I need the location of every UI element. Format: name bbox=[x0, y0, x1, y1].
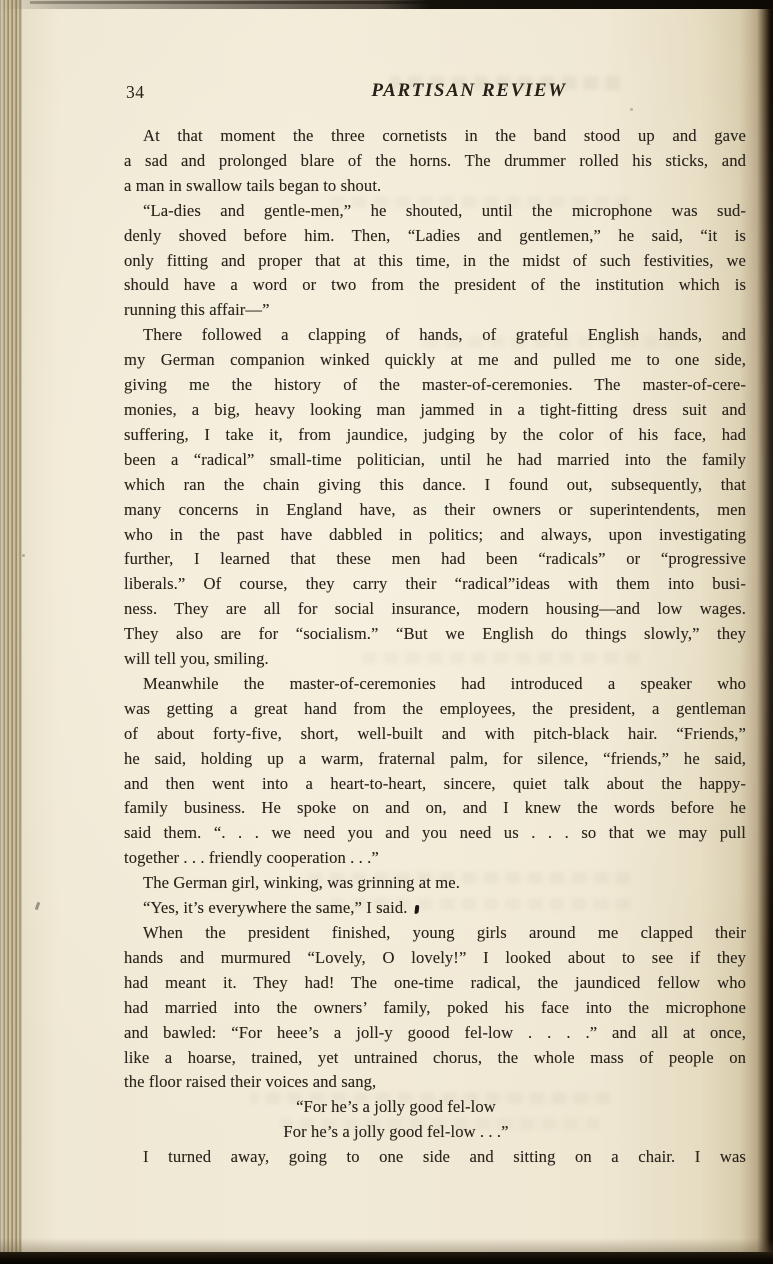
text-line: hands and murmured “Lovely, O lovely!” I… bbox=[124, 946, 746, 971]
page-bottom-shadow bbox=[0, 1238, 773, 1252]
ink-mark bbox=[414, 905, 419, 914]
text-line: liberals.” Of course, they carry their “… bbox=[124, 572, 746, 597]
text-line: he said, holding up a warm, fraternal pa… bbox=[124, 747, 746, 772]
text-line: I turned away, going to one side and sit… bbox=[124, 1145, 746, 1170]
text-line: and then went into a heart-to-heart, sin… bbox=[124, 772, 746, 797]
text-line: Meanwhile the master-of-ceremonies had i… bbox=[124, 672, 746, 697]
text-line: a sad and prolonged blare of the horns. … bbox=[124, 149, 746, 174]
paragraph: At that moment the three cornetists in t… bbox=[124, 124, 746, 199]
page-edge-left bbox=[0, 0, 22, 1264]
text-line: When the president finished, young girls… bbox=[124, 921, 746, 946]
journal-title: PARTISAN REVIEW bbox=[158, 80, 773, 102]
paragraph: The German girl, winking, was grinning a… bbox=[124, 871, 746, 896]
paragraph: I turned away, going to one side and sit… bbox=[124, 1145, 746, 1170]
text-line: denly shoved before him. Then, “Ladies a… bbox=[124, 224, 746, 249]
text-line: They also are for “socialism.” “But we E… bbox=[124, 622, 746, 647]
text-line: only fitting and proper that at this tim… bbox=[124, 249, 746, 274]
text-line: “Yes, it’s everywhere the same,” I said. bbox=[124, 896, 746, 921]
scanned-book-page: 34 PARTISAN REVIEW At that moment the th… bbox=[0, 0, 773, 1264]
text-line: should have a word or two from the presi… bbox=[124, 273, 746, 298]
text-line: running this affair—” bbox=[124, 298, 746, 323]
book-cover-top bbox=[0, 0, 773, 9]
text-line: and bawled: “For heee’s a joll-y goood f… bbox=[124, 1021, 746, 1046]
text-line: family business. He spoke on and on, and… bbox=[124, 796, 746, 821]
paragraph: “Yes, it’s everywhere the same,” I said. bbox=[124, 896, 746, 921]
text-line: There followed a clapping of hands, of g… bbox=[124, 323, 746, 348]
page-number: 34 bbox=[126, 82, 145, 103]
dust-speck bbox=[22, 554, 25, 557]
book-cover-bottom bbox=[0, 1252, 773, 1264]
text-line: together . . . friendly cooperation . . … bbox=[124, 846, 746, 871]
text-line: “For he’s a jolly good fel-low bbox=[124, 1095, 746, 1120]
page-body: At that moment the three cornetists in t… bbox=[124, 124, 746, 1170]
verse-paragraph: “For he’s a jolly good fel-lowFor he’s a… bbox=[124, 1095, 746, 1145]
text-line: At that moment the three cornetists in t… bbox=[124, 124, 746, 149]
text-line: had married into the owners’ family, pok… bbox=[124, 996, 746, 1021]
text-line: will tell you, smiling. bbox=[124, 647, 746, 672]
text-line: the floor raised their voices and sang, bbox=[124, 1070, 746, 1095]
text-line: further, I learned that these men had be… bbox=[124, 547, 746, 572]
text-line: suffering, I take it, from jaundice, jud… bbox=[124, 423, 746, 448]
text-line: monies, a big, heavy looking man jammed … bbox=[124, 398, 746, 423]
running-head: 34 PARTISAN REVIEW bbox=[124, 80, 746, 106]
text-line: The German girl, winking, was grinning a… bbox=[124, 871, 746, 896]
text-line: a man in swallow tails began to shout. bbox=[124, 174, 746, 199]
text-line: of about forty-five, short, well-built a… bbox=[124, 722, 746, 747]
paragraph: Meanwhile the master-of-ceremonies had i… bbox=[124, 672, 746, 871]
text-line: For he’s a jolly good fel-low . . .” bbox=[124, 1120, 746, 1145]
text-line: who in the past have dabbled in politics… bbox=[124, 523, 746, 548]
dust-speck bbox=[630, 108, 633, 111]
paragraph: “La-dies and gentle-men,” he shouted, un… bbox=[124, 199, 746, 324]
text-line: many concerns in England have, as their … bbox=[124, 498, 746, 523]
text-line: been a “radical” small-time politician, … bbox=[124, 448, 746, 473]
text-line: which ran the chain giving this dance. I… bbox=[124, 473, 746, 498]
text-line: had meant it. They had! The one-time rad… bbox=[124, 971, 746, 996]
text-line: like a hoarse, trained, yet untrained ch… bbox=[124, 1046, 746, 1071]
text-line: was getting a great hand from the employ… bbox=[124, 697, 746, 722]
text-line: “La-dies and gentle-men,” he shouted, un… bbox=[124, 199, 746, 224]
paragraph: There followed a clapping of hands, of g… bbox=[124, 323, 746, 672]
paragraph: When the president finished, young girls… bbox=[124, 921, 746, 1095]
text-line: said them. “. . . we need you and you ne… bbox=[124, 821, 746, 846]
text-line: my German companion winked quickly at me… bbox=[124, 348, 746, 373]
dust-speck bbox=[35, 902, 41, 911]
text-line: ness. They are all for social insurance,… bbox=[124, 597, 746, 622]
text-line: giving me the history of the master-of-c… bbox=[124, 373, 746, 398]
